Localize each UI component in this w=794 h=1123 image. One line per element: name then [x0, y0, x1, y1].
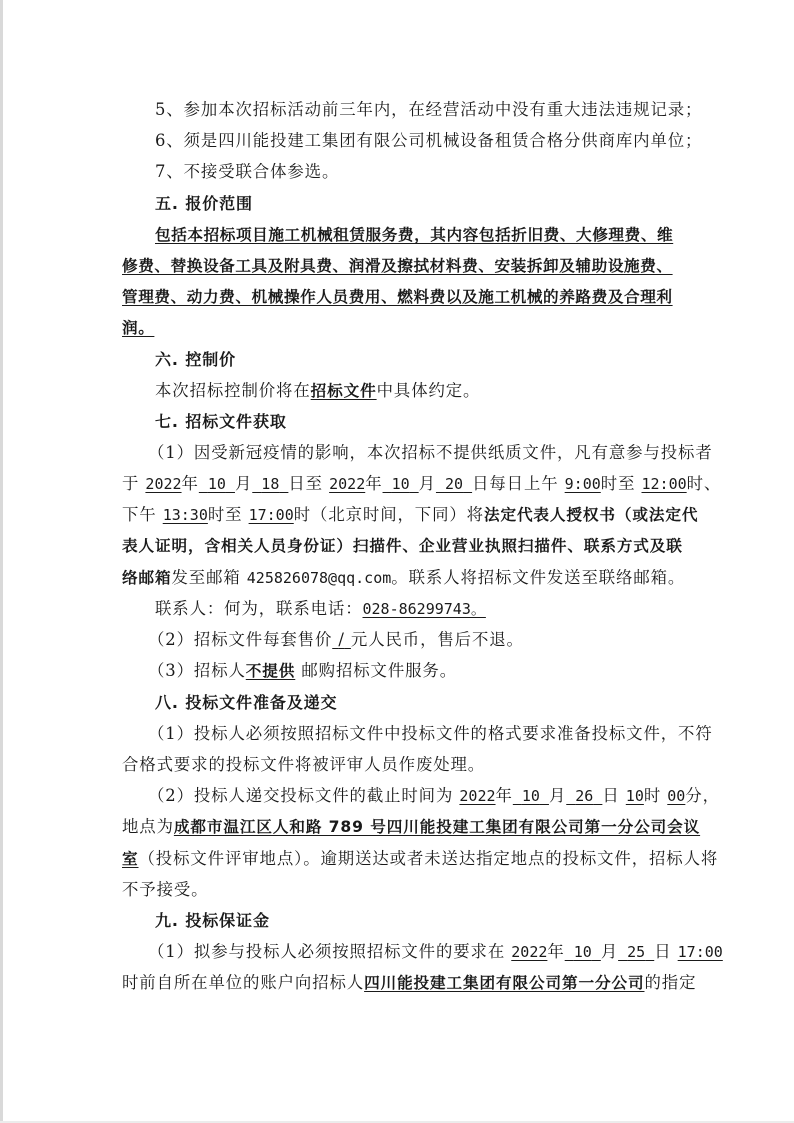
obtain-p3: （3）招标人不提供 邮购招标文件服务。: [122, 655, 678, 686]
submission-location-end: 室: [122, 850, 139, 868]
submission-p2-line-1: （2）投标人递交投标文件的截止时间为 2022年 10 月 26 日 10时 0…: [122, 780, 678, 811]
bond-p1-line-2: 时前自所在单位的账户向招标人四川能投建工集团有限公司第一分公司的指定: [122, 967, 678, 998]
section-heading-bid-bond: 九. 投标保证金: [122, 905, 678, 936]
section-heading-quote-scope: 五. 报价范围: [122, 188, 678, 219]
text: （3）招标人: [148, 661, 246, 680]
text: 地点为: [122, 817, 174, 836]
section-heading-bid-submission: 八. 投标文件准备及递交: [122, 687, 678, 718]
text: 于: [122, 474, 139, 493]
submission-p1-line-2: 合格式要求的投标文件将被评审人员作废处理。: [122, 749, 678, 780]
text: 时、: [687, 474, 722, 493]
am-start-time: 9:00: [565, 475, 601, 493]
bond-day: 25: [618, 943, 654, 961]
text: 邮购招标文件服务。: [301, 661, 457, 680]
section-heading-obtain-documents: 七. 招标文件获取: [122, 406, 678, 437]
quote-scope-line-2: 修费、替换设备工具及附具费、润滑及擦拭材料费、安装拆卸及辅助设施费、: [122, 250, 678, 281]
text: 分，: [685, 786, 720, 805]
text: 月: [235, 474, 252, 493]
obtain-p1-line-2: 于 2022年 10 月 18 日至 2022年 10 月 20 日每日上午 9…: [122, 468, 678, 499]
end-year: 2022: [329, 475, 365, 493]
submission-p1-line-1: （1）投标人必须按照招标文件中投标文件的格式要求准备投标文件，不符: [122, 718, 678, 749]
text: 时前自所在单位的账户向招标人: [122, 973, 364, 992]
end-month: 10: [383, 475, 419, 493]
document-page: 5、参加本次招标活动前三年内，在经营活动中没有重大违法违规记录； 6、须是四川能…: [122, 94, 678, 998]
bond-year: 2022: [511, 943, 547, 961]
control-price-post: 中具体约定。: [377, 381, 481, 400]
contact-line: 联系人：何为，联系电话：028-86299743。: [122, 593, 678, 624]
start-day: 18: [252, 475, 288, 493]
submission-p2-line-4: 不予接受。: [122, 874, 678, 905]
text: 发至邮箱: [171, 568, 240, 587]
quote-scope-line-3: 管理费、动力费、机械操作人员费用、燃料费以及施工机械的养路费及合理利: [122, 281, 678, 312]
quote-scope-text: 修费、替换设备工具及附具费、润滑及擦拭材料费、安装拆卸及辅助设施费、: [122, 257, 673, 275]
text: （投标文件评审地点）。逾期送达或者未送达指定地点的投标文件，招标人将: [139, 849, 719, 868]
requirement-item-7: 7、不接受联合体参选。: [122, 156, 678, 187]
section-heading-control-price: 六. 控制价: [122, 344, 678, 375]
text: 下午: [122, 505, 157, 524]
deadline-day: 26: [566, 787, 602, 805]
start-year: 2022: [145, 475, 181, 493]
text: 日每日上午: [472, 474, 558, 493]
mail-order-service: 不提供: [246, 662, 295, 680]
text: （2）投标人递交投标文件的截止时间为: [148, 786, 453, 805]
deadline-minute: 00: [667, 787, 685, 805]
text: 年: [547, 942, 564, 961]
text: 的指定: [644, 973, 696, 992]
text: （1）拟参与投标人必须按照招标文件的要求在: [148, 942, 505, 961]
bond-time: 17:00: [678, 943, 723, 961]
contact-label: 联系人：何为，联系电话：: [155, 599, 363, 618]
bid-document-ref: 招标文件: [311, 382, 377, 400]
text: 时（北京时间，下同）将: [294, 505, 484, 524]
submission-location: 成都市温江区人和路 789 号四川能投建工集团有限公司第一分公司会议: [174, 818, 700, 836]
text: （2）招标文件每套售价: [148, 630, 332, 649]
text: 时至: [601, 474, 636, 493]
obtain-p1-line-1: （1）因受新冠疫情的影响，本次招标不提供纸质文件，凡有意参与投标者: [122, 437, 678, 468]
quote-scope-line-4: 润。: [122, 312, 678, 343]
bond-month: 10: [565, 943, 601, 961]
quote-scope-line-1: 包括本招标项目施工机械租赁服务费，其内容包括折旧费、大修理费、维: [122, 219, 678, 250]
obtain-p1-line-5: 络邮箱发至邮箱 425826078@qq.com。联系人将招标文件发送至联络邮箱…: [122, 562, 678, 593]
deadline-hour: 10: [626, 787, 644, 805]
pm-end-time: 17:00: [249, 506, 294, 524]
contact-email: 425826078@qq.com: [247, 569, 392, 587]
submission-p2-line-2: 地点为成都市温江区人和路 789 号四川能投建工集团有限公司第一分公司会议: [122, 811, 678, 842]
text: 时至: [208, 505, 243, 524]
obtain-p1-line-3: 下午 13:30时至 17:00时（北京时间，下同）将法定代表人授权书（或法定代: [122, 499, 678, 530]
text: 元人民币，售后不退。: [351, 630, 524, 649]
document-price: /: [332, 630, 351, 649]
obtain-p1-line-4: 表人证明，含相关人员身份证）扫描件、企业营业执照扫描件、联系方式及联: [122, 531, 678, 562]
requirement-item-6: 6、须是四川能投建工集团有限公司机械设备租赁合格分供商库内单位；: [122, 125, 678, 156]
pm-start-time: 13:30: [163, 506, 208, 524]
text: 日: [602, 786, 619, 805]
text: 年: [496, 786, 513, 805]
text: 月: [549, 786, 566, 805]
text: 年: [182, 474, 199, 493]
scan-edge-left: [0, 0, 3, 1123]
quote-scope-text: 管理费、动力费、机械操作人员费用、燃料费以及施工机械的养路费及合理利: [122, 288, 673, 306]
start-month: 10: [199, 475, 235, 493]
text: 月: [601, 942, 618, 961]
deadline-month: 10: [513, 787, 549, 805]
text: 年: [365, 474, 382, 493]
text: 时: [644, 786, 661, 805]
text: 日: [654, 942, 671, 961]
bond-p1-line-1: （1）拟参与投标人必须按照招标文件的要求在 2022年 10 月 25 日 17…: [122, 936, 678, 967]
contact-phone: 028-86299743。: [363, 600, 486, 618]
end-day: 20: [436, 475, 472, 493]
contact-email-label-bold: 络邮箱: [122, 569, 171, 587]
requirement-item-5: 5、参加本次招标活动前三年内，在经营活动中没有重大违法违规记录；: [122, 94, 678, 125]
control-price-pre: 本次招标控制价将在: [155, 381, 311, 400]
obtain-p2: （2）招标文件每套售价 / 元人民币，售后不退。: [122, 624, 678, 655]
submission-p2-line-3: 室（投标文件评审地点）。逾期送达或者未送达指定地点的投标文件，招标人将: [122, 843, 678, 874]
text: 月: [419, 474, 436, 493]
am-end-time: 12:00: [642, 475, 687, 493]
bond-recipient-company: 四川能投建工集团有限公司第一分公司: [364, 974, 644, 992]
text: 。联系人将招标文件发送至联络邮箱。: [391, 568, 685, 587]
quote-scope-text: 包括本招标项目施工机械租赁服务费，其内容包括折旧费、大修理费、维: [155, 226, 673, 244]
quote-scope-text: 润。: [122, 319, 154, 337]
deadline-year: 2022: [459, 787, 495, 805]
control-price-text: 本次招标控制价将在招标文件中具体约定。: [122, 375, 678, 406]
required-docs-bold: 法定代表人授权书（或法定代: [484, 506, 698, 524]
text: 日至: [288, 474, 323, 493]
